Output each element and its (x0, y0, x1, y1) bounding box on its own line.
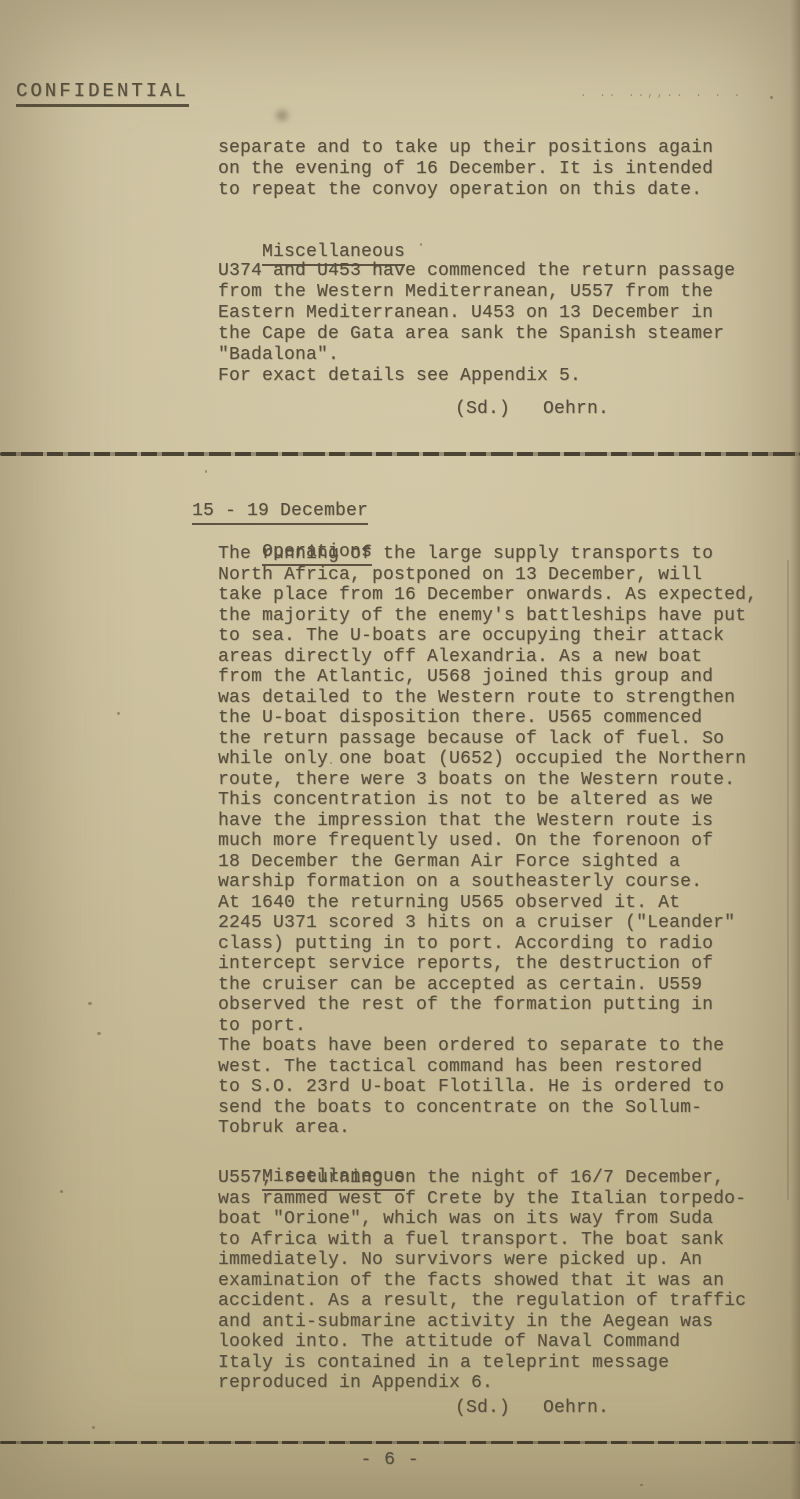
continuation-paragraph: separate and to take up their positions … (218, 138, 800, 201)
paper-edge-line (787, 560, 789, 1200)
paper-speck (60, 1190, 63, 1193)
paper-speck (330, 762, 332, 764)
paper-speck (92, 1426, 95, 1429)
paper-speck (117, 712, 120, 715)
signature-2: (Sd.) Oehrn. (455, 1398, 609, 1419)
paper-speck (205, 470, 207, 473)
pencil-marks: . .. ..,,.. . . . (580, 88, 780, 100)
paper-speck (97, 1032, 101, 1035)
document-page: CONFIDENTIAL . .. ..,,.. . . . separate … (0, 0, 800, 1499)
classification-label: CONFIDENTIAL (16, 80, 189, 107)
ink-smudge (276, 110, 288, 121)
signature-1: (Sd.) Oehrn. (455, 399, 609, 420)
miscellaneous-paragraph-1: U374 and U453 have commenced the return … (218, 261, 800, 387)
paper-speck (770, 96, 773, 99)
paper-edge-shadow (790, 0, 800, 1499)
paper-speck (420, 243, 422, 246)
operations-paragraph: The running of the large supply transpor… (218, 544, 800, 1139)
paper-speck (640, 1484, 643, 1486)
paper-speck (88, 1002, 92, 1005)
miscellaneous-paragraph-2: U557, returning on the night of 16/7 Dec… (218, 1168, 800, 1394)
section-divider-top (0, 452, 800, 456)
section-divider-bottom (0, 1441, 800, 1444)
page-number: - 6 - (0, 1450, 780, 1470)
